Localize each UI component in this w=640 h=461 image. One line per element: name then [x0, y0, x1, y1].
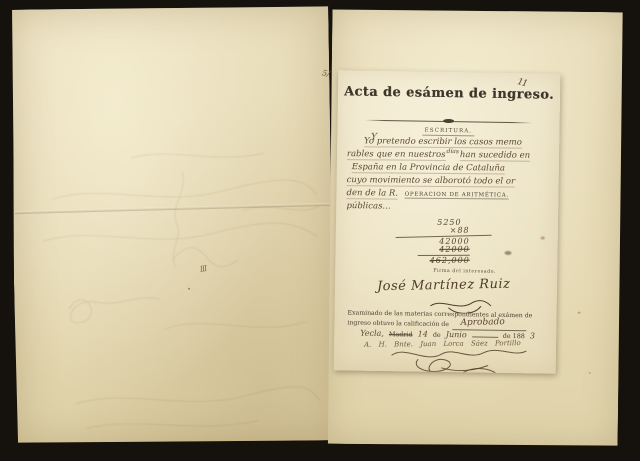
- essay-opening-mark: Y: [371, 132, 377, 142]
- paper-speck: [589, 372, 591, 374]
- arithmetic-block: 5250 ×88 42000 42000 462,000: [410, 219, 470, 265]
- date-day: 14: [418, 330, 428, 339]
- firma-label: Firma del interesado.: [433, 269, 496, 275]
- divider-gem: [443, 119, 454, 123]
- left-page-faint-mark: III: [199, 264, 207, 274]
- date-year-digit: 3: [530, 331, 535, 340]
- student-signature: José Martínez Ruiz: [377, 277, 511, 295]
- arithmetic-partial-2: 42000: [410, 246, 470, 254]
- examiner-rubric-flourish: [384, 343, 534, 373]
- form-sheet: 11 Acta de esámen de ingreso. ESCRITURA.…: [334, 70, 561, 373]
- ink-blot: [504, 251, 511, 255]
- essay-block: Y Yo pretendo escribir los casos memo ra…: [346, 135, 553, 215]
- essay-line-6: públicas...: [346, 200, 552, 215]
- corner-mark: 5/: [321, 68, 330, 78]
- ghost-writing: [9, 4, 336, 446]
- left-page: III: [9, 4, 336, 446]
- grade-value: Aprobado: [460, 317, 504, 328]
- date-blank: [472, 330, 498, 337]
- date-city-printed: Madrid: [389, 330, 413, 338]
- date-month: Junio: [446, 330, 467, 339]
- form-title: Acta de esámen de ingreso.: [338, 84, 560, 102]
- aritmetica-label: OPERACION DE ARITMÉTICA.: [405, 192, 509, 200]
- arithmetic-result: 462,000: [410, 257, 470, 265]
- arithmetic-multiplier: ×88: [410, 227, 470, 235]
- photo-backdrop: III 5/ 11 Acta de esámen de ingreso. ESC…: [0, 0, 640, 461]
- date-city-handwritten: Yecla,: [360, 329, 384, 338]
- stain: [541, 236, 545, 239]
- red-speck: [188, 288, 190, 290]
- essay-superscript: días: [446, 148, 458, 155]
- paper-speck: [578, 312, 581, 314]
- date-de: de: [433, 331, 441, 339]
- title-divider: [365, 119, 533, 125]
